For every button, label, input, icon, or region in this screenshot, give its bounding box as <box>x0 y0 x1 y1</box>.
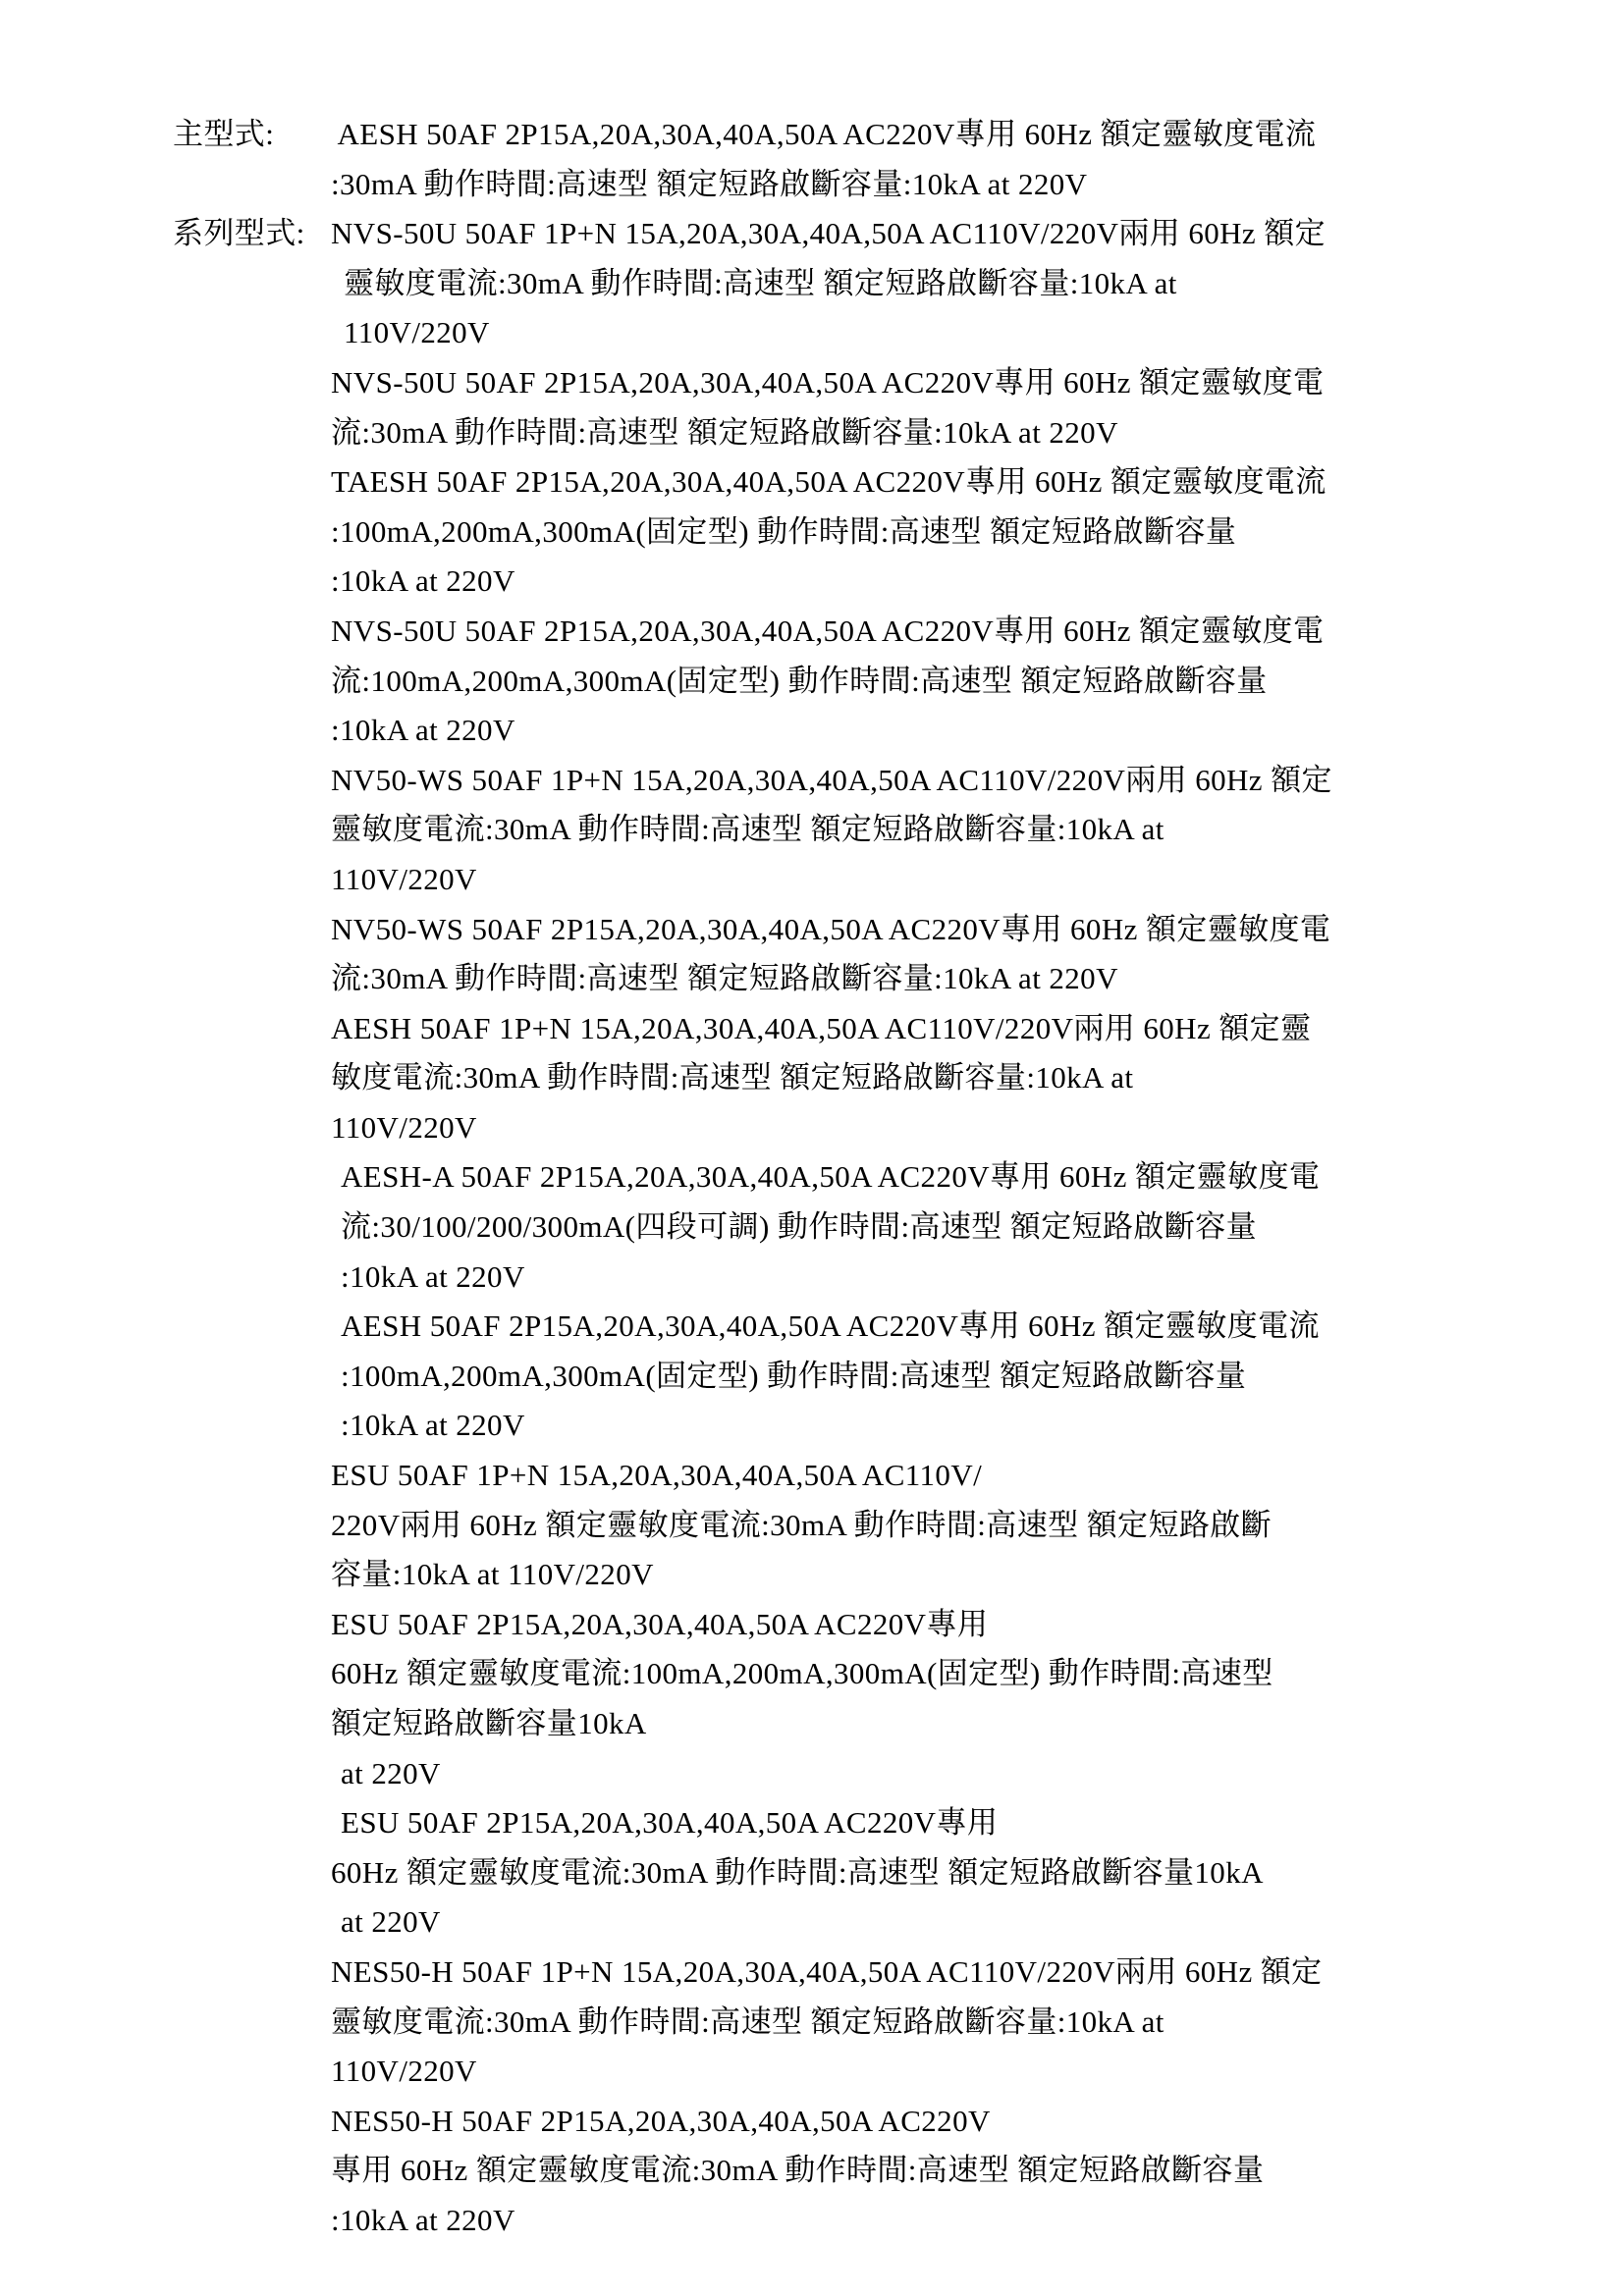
spec-line: ESU 50AF 2P15A,20A,30A,40A,50A AC220V專用 <box>0 1798 1624 1848</box>
spec-line: ESU 50AF 1P+N 15A,20A,30A,40A,50A AC110V… <box>0 1451 1624 1501</box>
spec-line-text: 靈敏度電流:30mA 動作時間:高速型 額定短路啟斷容量:10kA at <box>331 1998 1164 2048</box>
spec-line-text: :100mA,200mA,300mA(固定型) 動作時間:高速型 額定短路啟斷容… <box>341 1352 1246 1402</box>
spec-line-text: 流:30mA 動作時間:高速型 額定短路啟斷容量:10kA at 220V <box>331 954 1118 1004</box>
spec-line: ESU 50AF 2P15A,20A,30A,40A,50A AC220V專用 <box>0 1600 1624 1650</box>
spec-line: :10kA at 220V <box>0 557 1624 607</box>
spec-line: NVS-50U 50AF 2P15A,20A,30A,40A,50A AC220… <box>0 607 1624 657</box>
spec-line: AESH 50AF 1P+N 15A,20A,30A,40A,50A AC110… <box>0 1004 1624 1054</box>
spec-line: 流:30mA 動作時間:高速型 額定短路啟斷容量:10kA at 220V <box>0 408 1624 458</box>
document-page: 主型式: AESH 50AF 2P15A,20A,30A,40A,50A AC2… <box>0 0 1624 2296</box>
spec-line-text: 專用 60Hz 額定靈敏度電流:30mA 動作時間:高速型 額定短路啟斷容量 <box>331 2146 1264 2196</box>
spec-line-text: 60Hz 額定靈敏度電流:30mA 動作時間:高速型 額定短路啟斷容量10kA <box>331 1848 1264 1898</box>
spec-line: NES50-H 50AF 2P15A,20A,30A,40A,50A AC220… <box>0 2097 1624 2147</box>
spec-line-text: :100mA,200mA,300mA(固定型) 動作時間:高速型 額定短路啟斷容… <box>331 507 1236 558</box>
spec-line-text: 靈敏度電流:30mA 動作時間:高速型 額定短路啟斷容量:10kA at <box>344 259 1177 309</box>
spec-line-text: 額定短路啟斷容量10kA <box>331 1699 647 1749</box>
spec-line: TAESH 50AF 2P15A,20A,30A,40A,50A AC220V專… <box>0 457 1624 507</box>
spec-line-text: NES50-H 50AF 2P15A,20A,30A,40A,50A AC220… <box>331 2097 991 2147</box>
spec-line: :10kA at 220V <box>0 1253 1624 1303</box>
spec-line: at 220V <box>0 1897 1624 1948</box>
spec-line: 靈敏度電流:30mA 動作時間:高速型 額定短路啟斷容量:10kA at <box>0 805 1624 855</box>
spec-line-text: NV50-WS 50AF 1P+N 15A,20A,30A,40A,50A AC… <box>331 756 1332 806</box>
spec-line: 流:30/100/200/300mA(四段可調) 動作時間:高速型 額定短路啟斷… <box>0 1202 1624 1253</box>
spec-line-text: 流:30/100/200/300mA(四段可調) 動作時間:高速型 額定短路啟斷… <box>341 1202 1257 1253</box>
spec-line-text: 220V兩用 60Hz 額定靈敏度電流:30mA 動作時間:高速型 額定短路啟斷 <box>331 1501 1272 1551</box>
spec-line: :10kA at 220V <box>0 706 1624 756</box>
spec-line: 220V兩用 60Hz 額定靈敏度電流:30mA 動作時間:高速型 額定短路啟斷 <box>0 1501 1624 1551</box>
spec-line: NV50-WS 50AF 1P+N 15A,20A,30A,40A,50A AC… <box>0 756 1624 806</box>
spec-line: :30mA 動作時間:高速型 額定短路啟斷容量:10kA at 220V <box>0 160 1624 210</box>
spec-line: 靈敏度電流:30mA 動作時間:高速型 額定短路啟斷容量:10kA at <box>0 1998 1624 2048</box>
spec-line-text: ESU 50AF 2P15A,20A,30A,40A,50A AC220V專用 <box>341 1798 998 1848</box>
spec-line: NVS-50U 50AF 2P15A,20A,30A,40A,50A AC220… <box>0 358 1624 408</box>
spec-line: 系列型式:NVS-50U 50AF 1P+N 15A,20A,30A,40A,5… <box>0 209 1624 259</box>
spec-line-text: at 220V <box>341 1749 441 1799</box>
spec-line-text: 流:30mA 動作時間:高速型 額定短路啟斷容量:10kA at 220V <box>331 408 1118 458</box>
spec-line: :100mA,200mA,300mA(固定型) 動作時間:高速型 額定短路啟斷容… <box>0 1352 1624 1402</box>
spec-line-text: NV50-WS 50AF 2P15A,20A,30A,40A,50A AC220… <box>331 905 1330 955</box>
spec-line-text: 靈敏度電流:30mA 動作時間:高速型 額定短路啟斷容量:10kA at <box>331 805 1164 855</box>
spec-line-text: ESU 50AF 1P+N 15A,20A,30A,40A,50A AC110V… <box>331 1451 982 1501</box>
spec-line-text: NVS-50U 50AF 2P15A,20A,30A,40A,50A AC220… <box>331 607 1324 657</box>
breaker-spec-list: 主型式: AESH 50AF 2P15A,20A,30A,40A,50A AC2… <box>0 110 1624 2246</box>
spec-line-text: AESH-A 50AF 2P15A,20A,30A,40A,50A AC220V… <box>341 1152 1320 1202</box>
spec-line-text: 110V/220V <box>331 855 477 905</box>
spec-line: 主型式: AESH 50AF 2P15A,20A,30A,40A,50A AC2… <box>0 110 1624 160</box>
spec-line-text: 容量:10kA at 110V/220V <box>331 1550 654 1600</box>
spec-line-text: AESH 50AF 1P+N 15A,20A,30A,40A,50A AC110… <box>331 1004 1311 1054</box>
spec-line: 60Hz 額定靈敏度電流:100mA,200mA,300mA(固定型) 動作時間… <box>0 1649 1624 1699</box>
spec-line-text: NVS-50U 50AF 2P15A,20A,30A,40A,50A AC220… <box>331 358 1324 408</box>
spec-line: 專用 60Hz 額定靈敏度電流:30mA 動作時間:高速型 額定短路啟斷容量 <box>0 2146 1624 2196</box>
series-model-label: 系列型式: <box>173 209 305 259</box>
spec-line: 110V/220V <box>0 2047 1624 2097</box>
spec-line-text: at 220V <box>341 1897 441 1948</box>
spec-line: 靈敏度電流:30mA 動作時間:高速型 額定短路啟斷容量:10kA at <box>0 259 1624 309</box>
spec-line-text: TAESH 50AF 2P15A,20A,30A,40A,50A AC220V專… <box>331 457 1326 507</box>
spec-line-text: AESH 50AF 2P15A,20A,30A,40A,50A AC220V專用… <box>331 110 1316 160</box>
spec-line-text: :10kA at 220V <box>331 2196 515 2246</box>
spec-line: 容量:10kA at 110V/220V <box>0 1550 1624 1600</box>
spec-line-text: :30mA 動作時間:高速型 額定短路啟斷容量:10kA at 220V <box>331 160 1087 210</box>
spec-line-text: :10kA at 220V <box>331 557 515 607</box>
spec-line: :100mA,200mA,300mA(固定型) 動作時間:高速型 額定短路啟斷容… <box>0 507 1624 558</box>
spec-line: 額定短路啟斷容量10kA <box>0 1699 1624 1749</box>
spec-line: at 220V <box>0 1749 1624 1799</box>
spec-line: 流:30mA 動作時間:高速型 額定短路啟斷容量:10kA at 220V <box>0 954 1624 1004</box>
spec-line-text: 110V/220V <box>331 1103 477 1153</box>
spec-line-text: AESH 50AF 2P15A,20A,30A,40A,50A AC220V專用… <box>341 1302 1320 1352</box>
spec-line-text: :10kA at 220V <box>341 1253 525 1303</box>
spec-line-text: 110V/220V <box>344 308 490 358</box>
spec-line-text: 110V/220V <box>331 2047 477 2097</box>
spec-line-text: NVS-50U 50AF 1P+N 15A,20A,30A,40A,50A AC… <box>331 209 1326 259</box>
spec-line-text: 流:100mA,200mA,300mA(固定型) 動作時間:高速型 額定短路啟斷… <box>331 657 1268 707</box>
main-model-label: 主型式: <box>173 110 274 160</box>
spec-line: AESH 50AF 2P15A,20A,30A,40A,50A AC220V專用… <box>0 1302 1624 1352</box>
spec-line: 110V/220V <box>0 855 1624 905</box>
spec-line-text: 敏度電流:30mA 動作時間:高速型 額定短路啟斷容量:10kA at <box>331 1053 1133 1103</box>
spec-line: 110V/220V <box>0 1103 1624 1153</box>
spec-line: :10kA at 220V <box>0 1401 1624 1451</box>
spec-line-text: :10kA at 220V <box>341 1401 525 1451</box>
spec-line: AESH-A 50AF 2P15A,20A,30A,40A,50A AC220V… <box>0 1152 1624 1202</box>
spec-line-text: ESU 50AF 2P15A,20A,30A,40A,50A AC220V專用 <box>331 1600 988 1650</box>
spec-line: NV50-WS 50AF 2P15A,20A,30A,40A,50A AC220… <box>0 905 1624 955</box>
spec-line: 60Hz 額定靈敏度電流:30mA 動作時間:高速型 額定短路啟斷容量10kA <box>0 1848 1624 1898</box>
spec-line-text: 60Hz 額定靈敏度電流:100mA,200mA,300mA(固定型) 動作時間… <box>331 1649 1273 1699</box>
spec-line-text: NES50-H 50AF 1P+N 15A,20A,30A,40A,50A AC… <box>331 1948 1323 1998</box>
spec-line: 流:100mA,200mA,300mA(固定型) 動作時間:高速型 額定短路啟斷… <box>0 657 1624 707</box>
spec-line: 110V/220V <box>0 308 1624 358</box>
spec-line: :10kA at 220V <box>0 2196 1624 2246</box>
spec-line: 敏度電流:30mA 動作時間:高速型 額定短路啟斷容量:10kA at <box>0 1053 1624 1103</box>
spec-line-text: :10kA at 220V <box>331 706 515 756</box>
spec-line: NES50-H 50AF 1P+N 15A,20A,30A,40A,50A AC… <box>0 1948 1624 1998</box>
